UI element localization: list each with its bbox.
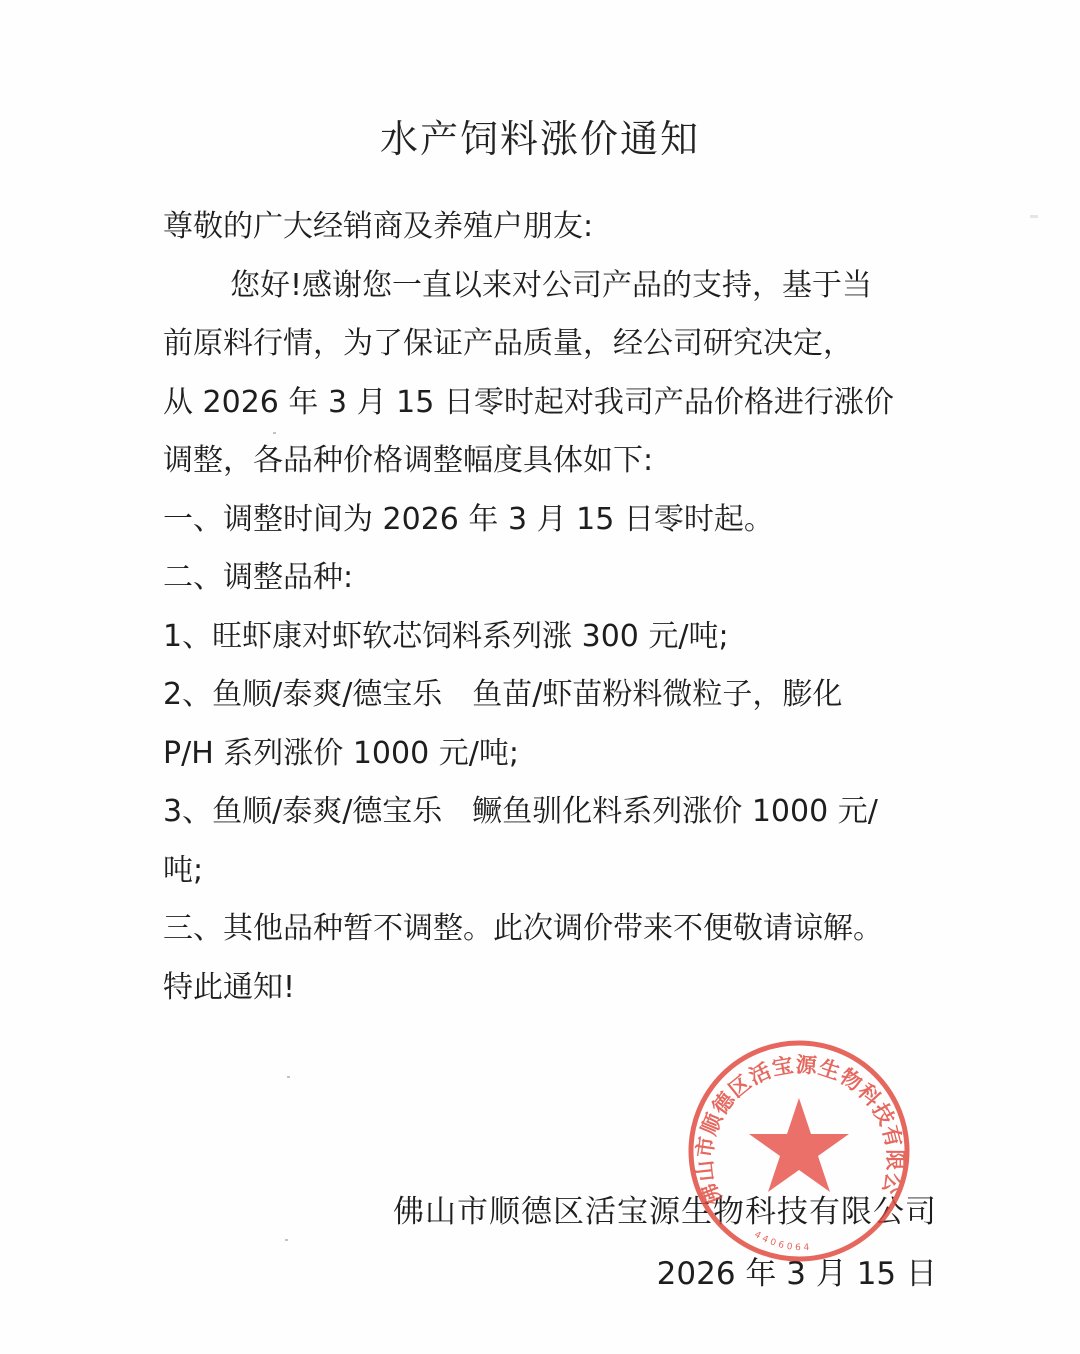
star-icon xyxy=(749,1098,849,1192)
signature-date: 2026 年 3 月 15 日 xyxy=(657,1248,937,1293)
paragraph-line: 您好!感谢您一直以来对公司产品的支持，基于当 xyxy=(163,257,953,316)
notice-page: 水产饲料涨价通知 尊敬的广大经销商及养殖户朋友: 您好!感谢您一直以来对公司产品… xyxy=(0,0,1080,1354)
paragraph-line: 从 2026 年 3 月 15 日零时起对我司产品价格进行涨价 xyxy=(163,374,953,433)
closing: 特此通知! xyxy=(163,959,953,1018)
item-3-continued: 吨; xyxy=(163,842,953,901)
section-one: 一、调整时间为 2026 年 3 月 15 日零时起。 xyxy=(163,491,953,550)
paragraph-line: 前原料行情，为了保证产品质量，经公司研究决定， xyxy=(163,315,953,374)
seal-text: 佛山市顺德区活宝源生物科技有限公司 xyxy=(684,1036,908,1209)
item-2-continued: P/H 系列涨价 1000 元/吨; xyxy=(163,725,953,784)
document-title: 水产饲料涨价通知 xyxy=(0,108,1080,163)
svg-text:佛山市顺德区活宝源生物科技有限公司: 佛山市顺德区活宝源生物科技有限公司 xyxy=(684,1036,908,1209)
scan-speck xyxy=(287,1076,290,1078)
company-seal: 佛山市顺德区活宝源生物科技有限公司 4406064 xyxy=(684,1036,914,1266)
scan-speck xyxy=(273,432,276,434)
paragraph-line: 调整，各品种价格调整幅度具体如下: xyxy=(163,432,953,491)
document-body: 尊敬的广大经销商及养殖户朋友: 您好!感谢您一直以来对公司产品的支持，基于当 前… xyxy=(163,198,953,1017)
item-2: 2、鱼顺/泰爽/德宝乐 鱼苗/虾苗粉料微粒子，膨化 xyxy=(163,666,953,725)
item-3: 3、鱼顺/泰爽/德宝乐 鳜鱼驯化料系列涨价 1000 元/ xyxy=(163,783,953,842)
scan-speck xyxy=(285,1239,288,1241)
scan-speck xyxy=(1030,215,1038,218)
item-1: 1、旺虾康对虾软芯饲料系列涨 300 元/吨; xyxy=(163,608,953,667)
section-two-heading: 二、调整品种: xyxy=(163,549,953,608)
section-three: 三、其他品种暂不调整。此次调价带来不便敬请谅解。 xyxy=(163,900,953,959)
signature-company: 佛山市顺德区活宝源生物科技有限公司 xyxy=(393,1186,937,1231)
salutation: 尊敬的广大经销商及养殖户朋友: xyxy=(163,198,953,257)
